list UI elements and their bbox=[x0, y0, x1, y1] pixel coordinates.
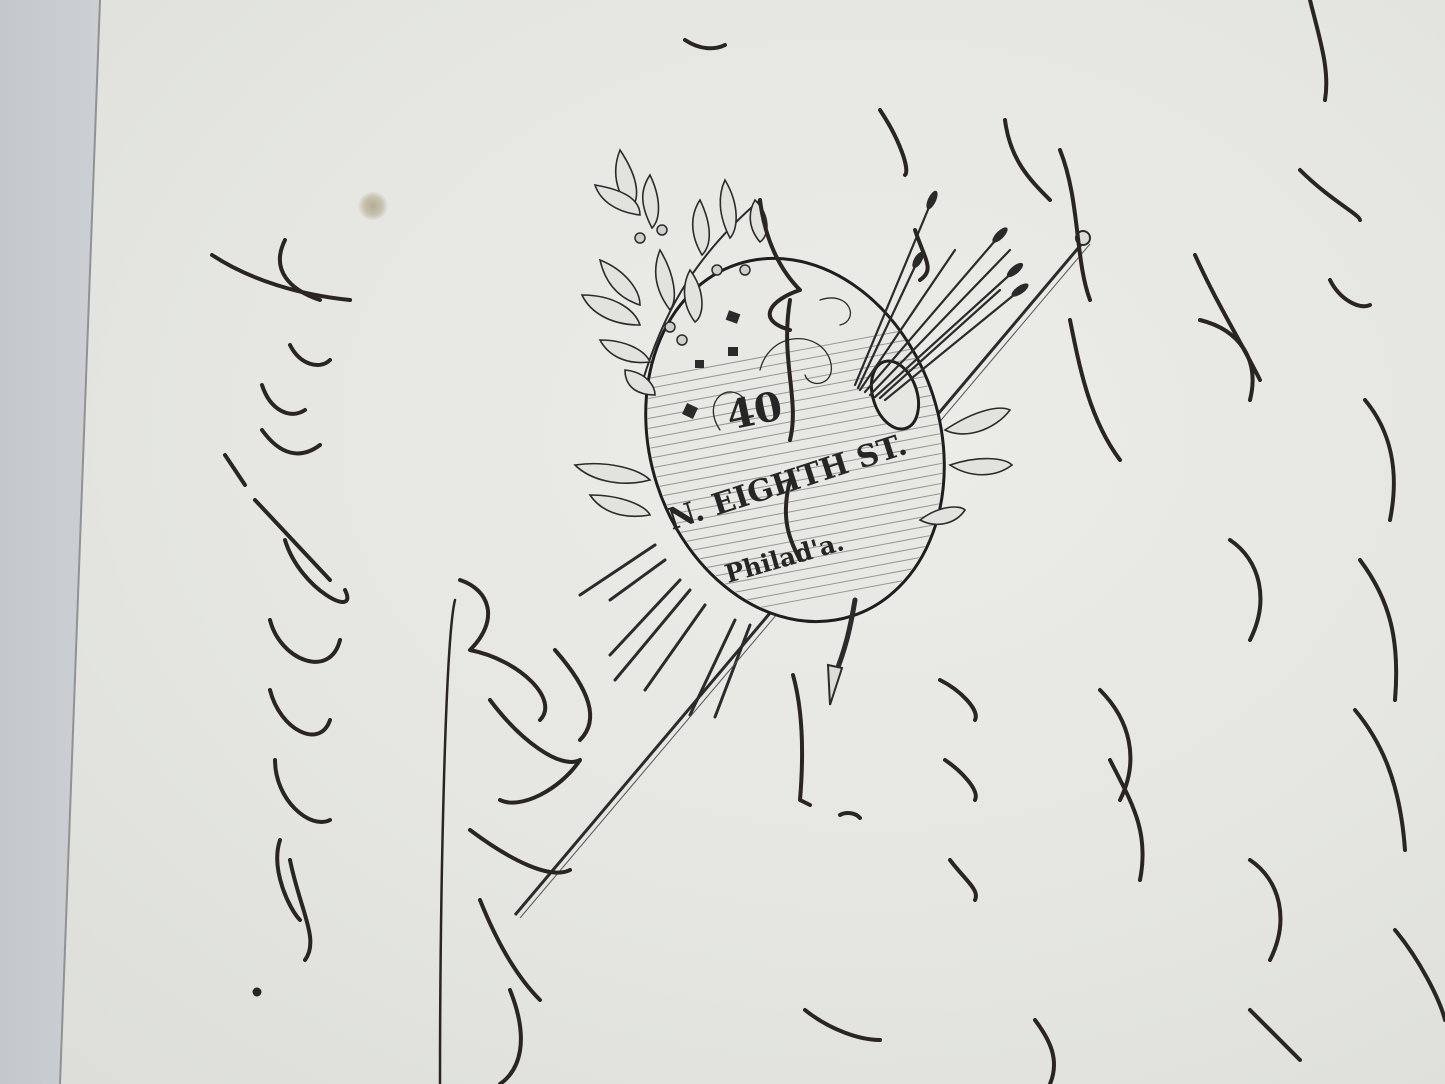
brush-tips bbox=[910, 189, 1030, 299]
handwritten-rule bbox=[440, 600, 455, 1084]
handwriting-column-6 bbox=[1300, 0, 1445, 1020]
handwriting-column-1 bbox=[212, 240, 350, 995]
handwriting-column-2 bbox=[460, 580, 590, 1084]
handwriting-column-5 bbox=[1100, 255, 1300, 1060]
card-artwork: 40 N. EIGHTH ST. Philad'a. bbox=[0, 0, 1445, 1084]
card-edge-line bbox=[60, 0, 100, 1084]
